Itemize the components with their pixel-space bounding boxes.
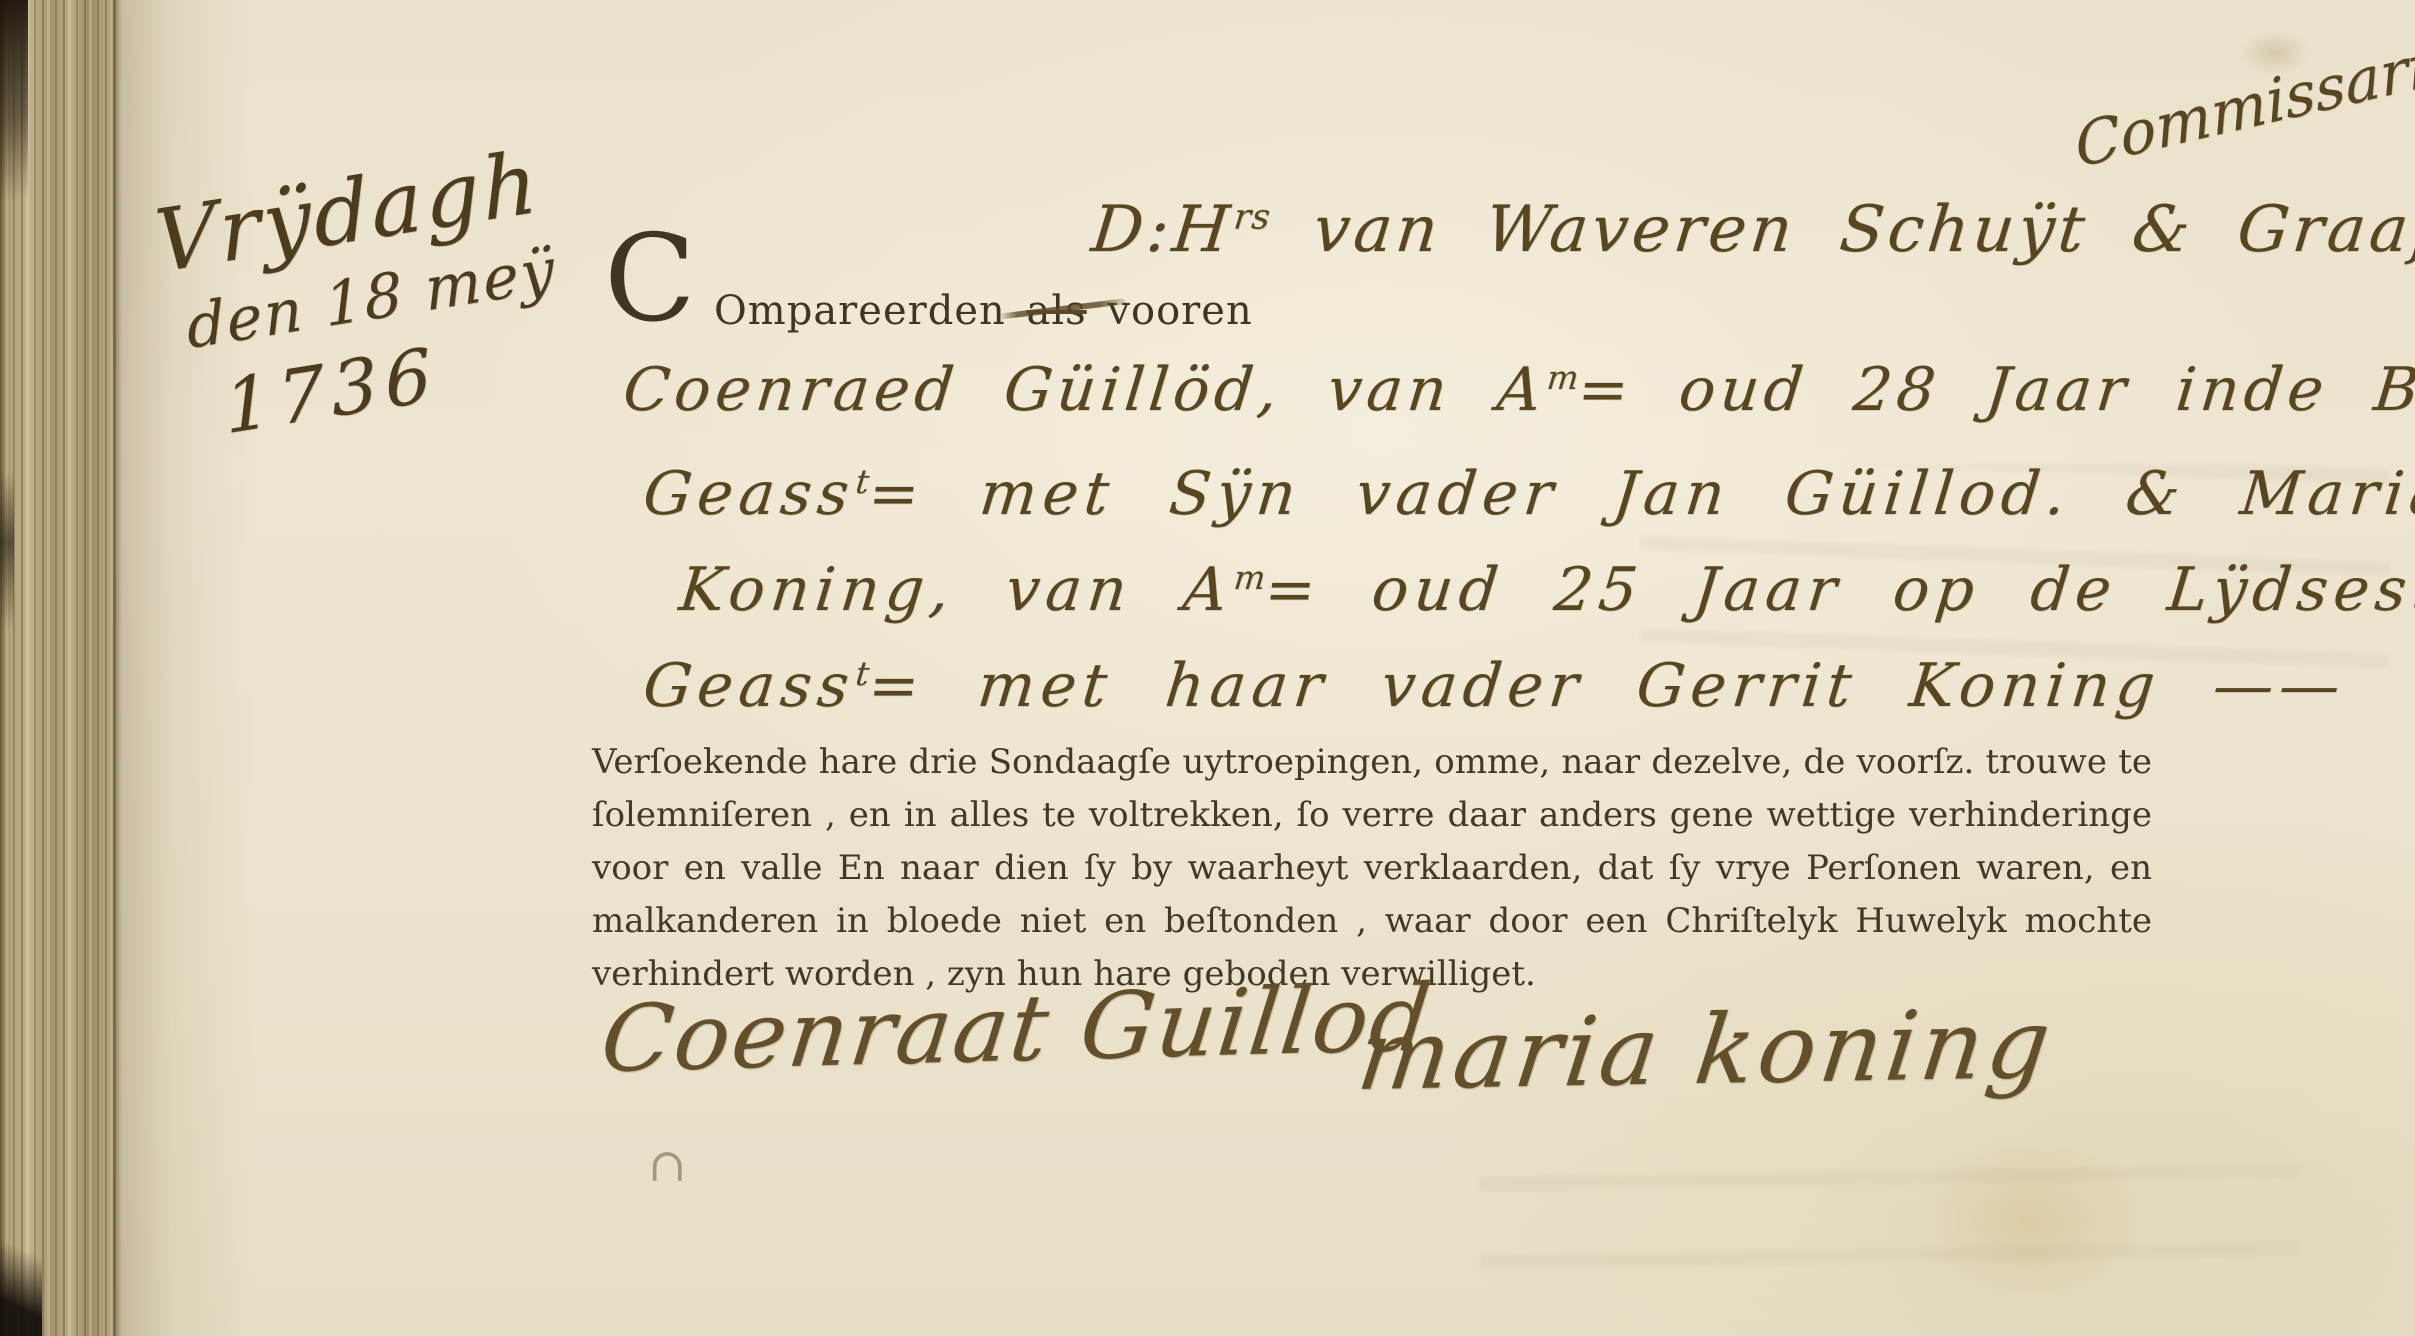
binding-shadow-mid (0, 470, 14, 630)
hand-line-4-text-cont: = oud 25 Jaar op de Lÿdsest= (1261, 555, 2415, 625)
hand-line-bride: Koning, van Am= oud 25 Jaar op de Lÿdses… (676, 556, 2415, 625)
gutter-shadow (113, 0, 122, 1336)
hand-line-groom-father: Geasst= met Sÿn vader Jan Güillod. & Mar… (640, 460, 2415, 529)
printed-intro: Ompareerden als vooren (714, 288, 1253, 334)
printed-word-compareerden: Ompareerden (714, 288, 1006, 334)
printed-word-vooren: vooren (1107, 288, 1252, 334)
hand-line-1-text-cont: van Waveren Schuÿt & Graafland (1266, 193, 2415, 267)
binding-shadow-top (0, 0, 28, 200)
hand-line-4-text: Koning, van A (676, 555, 1236, 625)
dropcap-letter: C (604, 220, 696, 340)
binding-shadow-bottom (0, 1225, 42, 1336)
printed-line-4: malkanderen in bloede niet en beſtonden … (592, 895, 2152, 948)
show-through-ghost (1480, 1135, 2300, 1285)
printed-line-2: ſolemniſeren , en in alles te voltrekken… (592, 789, 2152, 842)
hand-line-3-text: Geass (640, 459, 858, 529)
hand-line-2-superscript: m (1545, 358, 1581, 397)
signature-groom: Coenraat Guillod (596, 964, 1438, 1093)
hand-line-4-superscript: m (1232, 558, 1268, 597)
hand-line-bride-father: Geasst= met haar vader Gerrit Koning —— (640, 652, 2349, 721)
signature-bride: maria koning (1352, 988, 2060, 1112)
printed-line-3: voor en valle En naar dien ſy by waarhey… (592, 842, 2152, 895)
hand-line-1-superscript: rs (1232, 197, 1273, 238)
hand-line-2-text: Coenraed Güillöd, van A (620, 355, 1550, 425)
paper-stain (1912, 1135, 2147, 1310)
hand-line-groom: Coenraed Güillöd, van Am= oud 28 Jaar in… (620, 356, 2415, 425)
printed-paragraph: Verſoekende hare drie Sondaagſe uytroepi… (592, 736, 2152, 1001)
hand-line-5-text: Geass (640, 651, 858, 721)
hand-line-1-text: D:H (1088, 193, 1236, 267)
hand-line-2-text-cont: = oud 28 Jaar inde Barnesteeg (1574, 355, 2415, 425)
hand-line-commissioners: D:Hrs van Waveren Schuÿt & Graafland (1088, 194, 2415, 268)
hand-line-5-text-cont: = met haar vader Gerrit Koning —— (865, 651, 2349, 721)
ink-mark: ∩ (648, 1138, 687, 1192)
hand-line-3-text-cont: = met Sÿn vader Jan Güillod. & Maria (865, 459, 2415, 529)
book-binding-edge (0, 0, 122, 1336)
printed-line-1: Verſoekende hare drie Sondaagſe uytroepi… (592, 736, 2152, 789)
